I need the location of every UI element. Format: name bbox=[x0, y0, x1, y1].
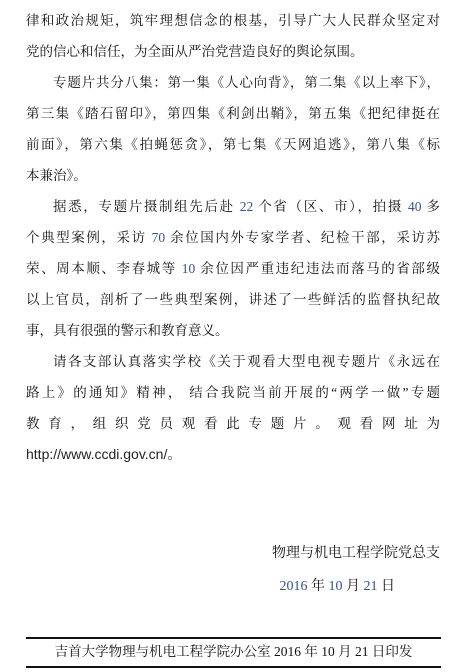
document-body: 律和政治规矩，筑牢理想信念的根基，引导广大人民群众坚定对党的信心和信任，为全面从… bbox=[0, 0, 464, 470]
text-line: 据悉，专题片摄制组先后赴 22 个省（区、市），拍摄 40 多 bbox=[26, 191, 440, 222]
number: 70 bbox=[152, 230, 166, 245]
text-line: 教育，组织党员观看此专题片。观看网址为 bbox=[26, 408, 440, 439]
number: 22 bbox=[240, 199, 254, 214]
text-line: 事，具有很强的警示和教育意义。 bbox=[26, 315, 440, 346]
text-line: 个典型案例，采访 70 余位国内外专家学者、纪检干部，采访苏 bbox=[26, 222, 440, 253]
watch-url-line: http://www.ccdi.gov.cn/。 bbox=[26, 439, 440, 470]
text-line: 党的信心和信任，为全面从严治党营造良好的舆论氛围。 bbox=[26, 36, 440, 67]
text-line: 请各支部认真落实学校《关于观看大型电视专题片《永远在 bbox=[26, 346, 440, 377]
text-line: 律和政治规矩，筑牢理想信念的根基，引导广大人民群众坚定对 bbox=[26, 5, 440, 36]
text-line: 以上官员，剖析了一些典型案例，讲述了一些鲜活的监督执纪故 bbox=[26, 284, 440, 315]
text-line: 荣、周本顺、李春城等 10 余位因严重违纪违法而落马的省部级 bbox=[26, 253, 440, 284]
footer-imprint: 吉首大学物理与机电工程学院办公室 2016 年 10 月 21 日印发 bbox=[26, 642, 441, 662]
number: 10 bbox=[329, 579, 343, 594]
footer-imprint-box: 吉首大学物理与机电工程学院办公室 2016 年 10 月 21 日印发 bbox=[26, 637, 441, 668]
signature-unit: 物理与机电工程学院党总支 bbox=[0, 537, 464, 570]
text-line: 第三集《踏石留印》，第四集《利剑出鞘》，第五集《把纪律挺在 bbox=[26, 98, 440, 129]
number: 2016 bbox=[280, 579, 308, 594]
text-line: 专题片共分八集：第一集《人心向背》，第二集《以上率下》， bbox=[26, 67, 440, 98]
number: 40 bbox=[408, 199, 422, 214]
text-line: 前面》，第六集《拍蝇惩贪》，第七集《天网追逃》，第八集《标 bbox=[26, 129, 440, 160]
text-line: 本兼治》。 bbox=[26, 160, 440, 191]
signature-date: 2016 年 10 月 21 日 bbox=[0, 570, 464, 603]
number: 10 bbox=[182, 261, 196, 276]
text-line: 路上》的通知》精神， 结合我院当前开展的“两学一做”专题 bbox=[26, 377, 440, 408]
document-page: 律和政治规矩，筑牢理想信念的根基，引导广大人民群众坚定对党的信心和信任，为全面从… bbox=[0, 0, 464, 672]
number: 21 bbox=[364, 579, 378, 594]
